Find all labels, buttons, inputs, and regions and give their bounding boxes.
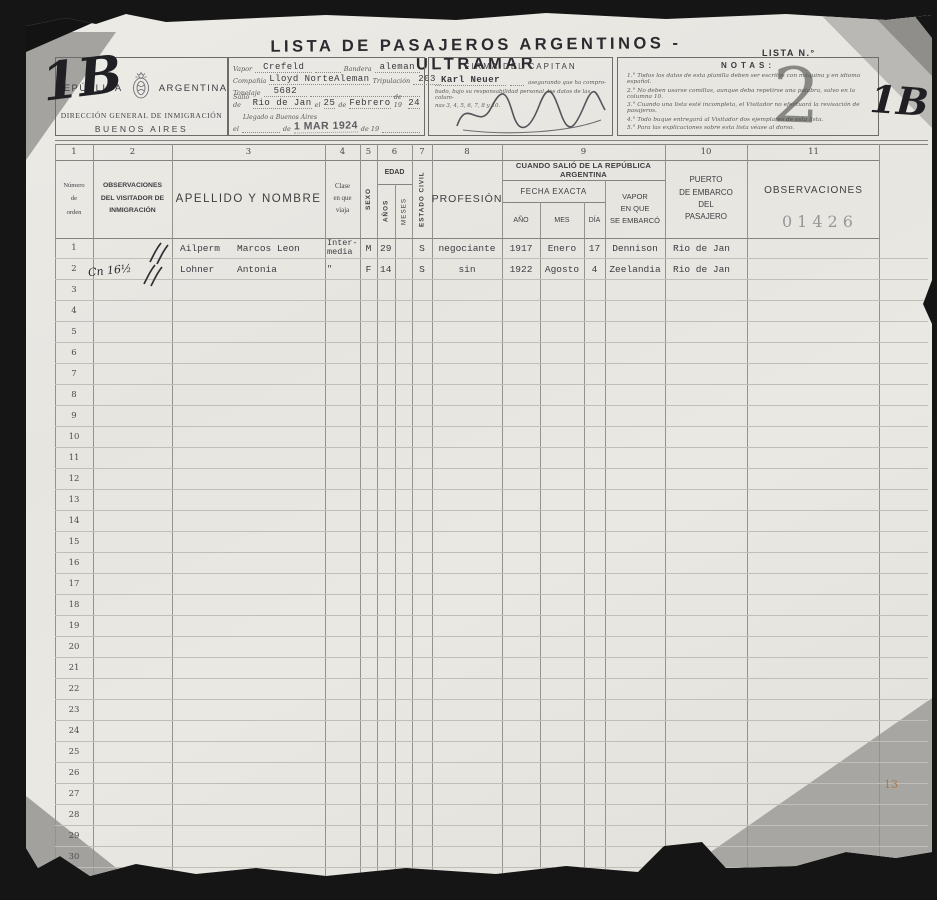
cell-anos (377, 637, 395, 657)
row-number: 20 (55, 637, 93, 657)
row-number: 24 (55, 721, 93, 741)
cell-estado-civil (412, 805, 432, 825)
cell-ano-salida (502, 700, 540, 720)
cell-dia-salida (584, 301, 605, 321)
cell-meses (395, 805, 413, 825)
cell-clase (325, 847, 360, 867)
cell-dia-salida (584, 616, 605, 636)
cell-ano-salida (502, 616, 540, 636)
cell-puerto-embarco (665, 700, 747, 720)
cell-ano-salida (502, 427, 540, 447)
cell-clase (325, 742, 360, 762)
column-number: 3 (172, 144, 325, 160)
cell-estado-civil (412, 847, 432, 867)
cell-profesion (432, 805, 502, 825)
cell-vapor-embarco (605, 448, 665, 468)
cell-vapor-embarco (605, 763, 665, 783)
column-number: 1 (55, 144, 93, 160)
cell-dia-salida (584, 721, 605, 741)
cell-anos (377, 448, 395, 468)
cell-margin-filler (880, 343, 928, 363)
row-number: 5 (55, 322, 93, 342)
cell-estado-civil (412, 490, 432, 510)
cell-profesion (432, 511, 502, 531)
cell-puerto-embarco (665, 637, 747, 657)
cell-puerto-embarco (665, 616, 747, 636)
header-ano: AÑO (502, 202, 540, 238)
agency-argentina: ARGENTINA (159, 83, 228, 94)
table-row: 7 (55, 364, 928, 385)
cell-clase (325, 385, 360, 405)
table-row: 30 (55, 847, 928, 868)
cell-margin-filler (880, 322, 928, 342)
cell-ano-salida (502, 385, 540, 405)
cell-observaciones-visitador (93, 763, 172, 783)
header-sexo: SEXO (360, 160, 377, 238)
row-number: 4 (55, 301, 93, 321)
cell-apellido-nombre (172, 595, 325, 615)
cell-sexo (360, 679, 377, 699)
cell-profesion (432, 364, 502, 384)
cell-clase (325, 427, 360, 447)
header-profesion: PROFESIÓN (432, 160, 502, 238)
cell-clase (325, 301, 360, 321)
cell-anos (377, 511, 395, 531)
cell-observaciones-visitador (93, 679, 172, 699)
cell-mes-salida (540, 385, 584, 405)
cell-observaciones (747, 238, 880, 258)
el2-label: el (233, 125, 239, 133)
cell-vapor-embarco (605, 574, 665, 594)
cell-sexo (360, 784, 377, 804)
cell-meses (395, 721, 413, 741)
table-row: 18 (55, 595, 928, 616)
cell-mes-salida (540, 721, 584, 741)
cell-anos (377, 784, 395, 804)
cell-meses (395, 490, 413, 510)
cell-clase (325, 364, 360, 384)
cell-observaciones (747, 343, 880, 363)
cell-sexo (360, 595, 377, 615)
cell-mes-salida (540, 322, 584, 342)
cell-dia-salida: 4 (584, 259, 605, 279)
cell-meses (395, 700, 413, 720)
cell-vapor-embarco (605, 616, 665, 636)
cell-puerto-embarco (665, 343, 747, 363)
de19-2-label: de 19 (361, 125, 379, 133)
cell-meses (395, 301, 413, 321)
cell-estado-civil (412, 721, 432, 741)
cell-margin-filler (880, 658, 928, 678)
cell-profesion (432, 406, 502, 426)
cell-mes-salida (540, 826, 584, 846)
cell-anos (377, 805, 395, 825)
cell-estado-civil (412, 595, 432, 615)
cell-observaciones (747, 532, 880, 552)
header-fecha-exacta: FECHA EXACTA (502, 180, 605, 202)
cell-puerto-embarco (665, 805, 747, 825)
cell-observaciones (747, 784, 880, 804)
cell-apellido-nombre (172, 658, 325, 678)
cell-observaciones-visitador (93, 322, 172, 342)
row-number: 10 (55, 427, 93, 447)
row-number: 21 (55, 658, 93, 678)
cell-meses (395, 826, 413, 846)
cell-profesion (432, 301, 502, 321)
cell-profesion (432, 616, 502, 636)
cell-margin-filler (880, 574, 928, 594)
cell-profesion (432, 826, 502, 846)
cell-margin-filler (880, 532, 928, 552)
cell-dia-salida (584, 637, 605, 657)
cell-vapor-embarco (605, 847, 665, 867)
cell-vapor-embarco (605, 595, 665, 615)
cell-profesion (432, 679, 502, 699)
cell-observaciones-visitador (93, 658, 172, 678)
cell-observaciones-visitador (93, 742, 172, 762)
cell-dia-salida (584, 511, 605, 531)
cell-ano-salida (502, 637, 540, 657)
cell-meses (395, 343, 413, 363)
cell-puerto-embarco (665, 364, 747, 384)
cell-profesion (432, 469, 502, 489)
cell-dia-salida (584, 826, 605, 846)
salio-dia: 25 (324, 98, 336, 109)
cell-ano-salida (502, 364, 540, 384)
header-numero-orden: Número de orden (55, 160, 93, 238)
column-number: 10 (665, 144, 747, 160)
cell-mes-salida (540, 637, 584, 657)
cell-profesion (432, 574, 502, 594)
cell-estado-civil (412, 448, 432, 468)
table-row: 9 (55, 406, 928, 427)
cell-observaciones-visitador (93, 805, 172, 825)
cell-puerto-embarco (665, 406, 747, 426)
cell-dia-salida (584, 280, 605, 300)
cell-mes-salida (540, 364, 584, 384)
cell-vapor-embarco (605, 721, 665, 741)
cell-dia-salida (584, 343, 605, 363)
cell-observaciones (747, 574, 880, 594)
table-row: 23 (55, 700, 928, 721)
cell-profesion (432, 280, 502, 300)
cell-profesion (432, 847, 502, 867)
cell-observaciones (747, 385, 880, 405)
cell-puerto-embarco (665, 826, 747, 846)
cell-observaciones-visitador (93, 385, 172, 405)
cell-apellido-nombre (172, 637, 325, 657)
nota-item-3: 3.° Cuando una lista esté incompleta, el… (627, 102, 869, 114)
cell-anos (377, 763, 395, 783)
cell-anos (377, 364, 395, 384)
cell-anos (377, 826, 395, 846)
cell-profesion (432, 343, 502, 363)
cell-observaciones (747, 280, 880, 300)
cell-apellido-nombre (172, 805, 325, 825)
cell-apellido-nombre (172, 406, 325, 426)
row-number: 23 (55, 700, 93, 720)
cell-mes-salida (540, 553, 584, 573)
cell-apellido-nombre (172, 826, 325, 846)
cell-observaciones-visitador (93, 826, 172, 846)
cell-profesion (432, 553, 502, 573)
table-row: 15 (55, 532, 928, 553)
cell-anos (377, 721, 395, 741)
compania-value: Lloyd NorteAleman (269, 74, 369, 85)
cell-sexo (360, 364, 377, 384)
cell-sexo (360, 616, 377, 636)
row-number: 22 (55, 679, 93, 699)
cell-profesion (432, 637, 502, 657)
cell-observaciones (747, 742, 880, 762)
row-number: 18 (55, 595, 93, 615)
cell-observaciones-visitador (93, 637, 172, 657)
row-number: 11 (55, 448, 93, 468)
row-number: 17 (55, 574, 93, 594)
cell-estado-civil (412, 280, 432, 300)
row-number: 14 (55, 511, 93, 531)
table-row: 19 (55, 616, 928, 637)
cell-estado-civil (412, 469, 432, 489)
cell-margin-filler (880, 805, 928, 825)
cell-mes-salida (540, 511, 584, 531)
cell-observaciones (747, 364, 880, 384)
cell-profesion (432, 490, 502, 510)
agency-direccion: DIRECCIÓN GENERAL DE INMIGRACIÓN (56, 111, 227, 120)
cell-apellido-nombre: Lohner Antonia (172, 259, 325, 279)
de2-label: de (283, 125, 291, 133)
column-number: 8 (432, 144, 502, 160)
cell-dia-salida: 17 (584, 238, 605, 258)
cell-observaciones (747, 721, 880, 741)
column-number-strip: 1 2 3 4 5 6 7 8 9 10 11 (55, 144, 880, 160)
captain-note-1: asegurando que ha compro- (528, 80, 606, 86)
cell-anos (377, 385, 395, 405)
column-number: 4 (325, 144, 360, 160)
cell-observaciones-visitador (93, 490, 172, 510)
row-number: 13 (55, 490, 93, 510)
header-apellido-nombre: APELLIDO Y NOMBRE (172, 160, 325, 238)
cell-ano-salida (502, 826, 540, 846)
table-row: 24 (55, 721, 928, 742)
table-row: 29 (55, 826, 928, 847)
cell-ano-salida: 1917 (502, 238, 540, 258)
cell-margin-filler (880, 595, 928, 615)
cell-observaciones-visitador (93, 700, 172, 720)
cell-estado-civil (412, 322, 432, 342)
cell-sexo (360, 448, 377, 468)
cell-dia-salida (584, 448, 605, 468)
table-row: 17 (55, 574, 928, 595)
cell-estado-civil (412, 343, 432, 363)
row-number: 12 (55, 469, 93, 489)
cell-mes-salida (540, 343, 584, 363)
cell-mes-salida (540, 427, 584, 447)
cell-meses (395, 553, 413, 573)
salio-label: Salió de (233, 93, 250, 109)
cell-sexo (360, 763, 377, 783)
cell-anos (377, 532, 395, 552)
cell-clase (325, 805, 360, 825)
cell-vapor-embarco (605, 532, 665, 552)
cell-vapor-embarco (605, 679, 665, 699)
cell-apellido-nombre (172, 784, 325, 804)
cell-puerto-embarco: Rio de Jan (665, 238, 747, 258)
cell-mes-salida: Enero (540, 238, 584, 258)
header-edad: EDAD (377, 160, 412, 184)
cell-puerto-embarco (665, 553, 747, 573)
cell-mes-salida (540, 847, 584, 867)
cell-estado-civil (412, 406, 432, 426)
table-body-rows: 1 Ailperm Marcos Leon Inter- media M 29 … (55, 238, 928, 868)
cell-margin-filler (880, 616, 928, 636)
cell-apellido-nombre (172, 490, 325, 510)
cell-margin-filler (880, 301, 928, 321)
cell-vapor-embarco (605, 364, 665, 384)
table-row: 21 (55, 658, 928, 679)
cell-puerto-embarco (665, 595, 747, 615)
cell-observaciones (747, 322, 880, 342)
paper-sheet: LISTA DE PASAJEROS ARGENTINOS - ULTRAMAR… (26, 10, 932, 890)
cell-vapor-embarco (605, 280, 665, 300)
cell-mes-salida (540, 805, 584, 825)
cell-clase (325, 700, 360, 720)
cell-observaciones-visitador (93, 364, 172, 384)
cell-observaciones (747, 763, 880, 783)
cell-estado-civil (412, 763, 432, 783)
header-dia: DÍA (584, 202, 605, 238)
cell-puerto-embarco (665, 532, 747, 552)
cell-mes-salida (540, 763, 584, 783)
cell-apellido-nombre: Ailperm Marcos Leon (172, 238, 325, 258)
cell-observaciones (747, 679, 880, 699)
cell-meses (395, 364, 413, 384)
cell-ano-salida (502, 595, 540, 615)
cell-meses (395, 658, 413, 678)
cell-puerto-embarco: Rio de Jan (665, 259, 747, 279)
cell-dia-salida (584, 679, 605, 699)
cell-puerto-embarco (665, 763, 747, 783)
cell-clase (325, 406, 360, 426)
cell-clase (325, 721, 360, 741)
scanned-document-page: LISTA DE PASAJEROS ARGENTINOS - ULTRAMAR… (0, 0, 937, 900)
cell-ano-salida: 1922 (502, 259, 540, 279)
de19-label: de 19 (394, 93, 406, 109)
table-row: 10 (55, 427, 928, 448)
cell-clase (325, 343, 360, 363)
cell-observaciones (747, 469, 880, 489)
cell-apellido-nombre (172, 532, 325, 552)
cell-anos (377, 322, 395, 342)
cell-ano-salida (502, 511, 540, 531)
cell-vapor-embarco (605, 469, 665, 489)
column-number: 7 (412, 144, 432, 160)
cell-sexo (360, 322, 377, 342)
cell-observaciones (747, 553, 880, 573)
cell-vapor-embarco (605, 637, 665, 657)
cell-anos (377, 406, 395, 426)
cell-estado-civil (412, 826, 432, 846)
table-row: 14 (55, 511, 928, 532)
column-number: 9 (502, 144, 665, 160)
cell-ano-salida (502, 322, 540, 342)
tonelaje-value: 5682 (264, 86, 308, 97)
row-number: 16 (55, 553, 93, 573)
cell-meses (395, 742, 413, 762)
cell-apellido-nombre (172, 616, 325, 636)
captain-title: FIRMA DEL CAPITAN (435, 62, 606, 71)
cell-ano-salida (502, 343, 540, 363)
nota-item-4: 4.° Todo buque entregará al Visitador do… (627, 117, 869, 123)
cell-apellido-nombre (172, 427, 325, 447)
cell-observaciones-visitador (93, 448, 172, 468)
cell-ano-salida (502, 763, 540, 783)
cell-observaciones-visitador (93, 532, 172, 552)
cell-sexo (360, 721, 377, 741)
table-row: 6 (55, 343, 928, 364)
cell-clase (325, 763, 360, 783)
cell-sexo (360, 805, 377, 825)
table-row: 11 (55, 448, 928, 469)
cell-profesion (432, 784, 502, 804)
cell-dia-salida (584, 763, 605, 783)
cell-dia-salida (584, 490, 605, 510)
cell-sexo (360, 532, 377, 552)
column-number: 6 (377, 144, 412, 160)
cell-profesion (432, 742, 502, 762)
cell-mes-salida (540, 679, 584, 699)
cell-vapor-embarco (605, 826, 665, 846)
header-cuando-salio: CUANDO SALIÓ DE LA REPÚBLICA ARGENTINA (502, 160, 665, 180)
cell-dia-salida (584, 658, 605, 678)
row-number: 3 (55, 280, 93, 300)
cell-vapor-embarco (605, 406, 665, 426)
cell-apellido-nombre (172, 385, 325, 405)
header-vapor-embarco: VAPOR EN QUE SE EMBARCÓ (605, 180, 665, 238)
cell-estado-civil: S (412, 238, 432, 258)
row-number: 9 (55, 406, 93, 426)
cell-clase (325, 469, 360, 489)
cell-margin-filler (880, 364, 928, 384)
cell-sexo (360, 343, 377, 363)
cell-vapor-embarco: Zeelandia (605, 259, 665, 279)
cell-meses (395, 427, 413, 447)
cell-margin-filler (880, 553, 928, 573)
cell-mes-salida (540, 700, 584, 720)
cell-profesion (432, 532, 502, 552)
cell-observaciones (747, 448, 880, 468)
cell-sexo (360, 658, 377, 678)
cell-dia-salida (584, 574, 605, 594)
table-row: 2 Lohner Antonia " F 14 S sin 1922 Agost… (55, 259, 928, 280)
cell-dia-salida (584, 742, 605, 762)
cell-mes-salida (540, 280, 584, 300)
cell-clase (325, 637, 360, 657)
cell-margin-filler (880, 238, 928, 258)
de-label: de (338, 101, 346, 109)
cell-sexo (360, 553, 377, 573)
bandera-label: Bandera (344, 65, 372, 73)
cell-margin-filler (880, 637, 928, 657)
cell-puerto-embarco (665, 448, 747, 468)
cell-anos (377, 574, 395, 594)
cell-ano-salida (502, 490, 540, 510)
cell-observaciones (747, 427, 880, 447)
cell-ano-salida (502, 658, 540, 678)
row-number: 8 (55, 385, 93, 405)
cell-margin-filler (880, 427, 928, 447)
cell-profesion (432, 427, 502, 447)
